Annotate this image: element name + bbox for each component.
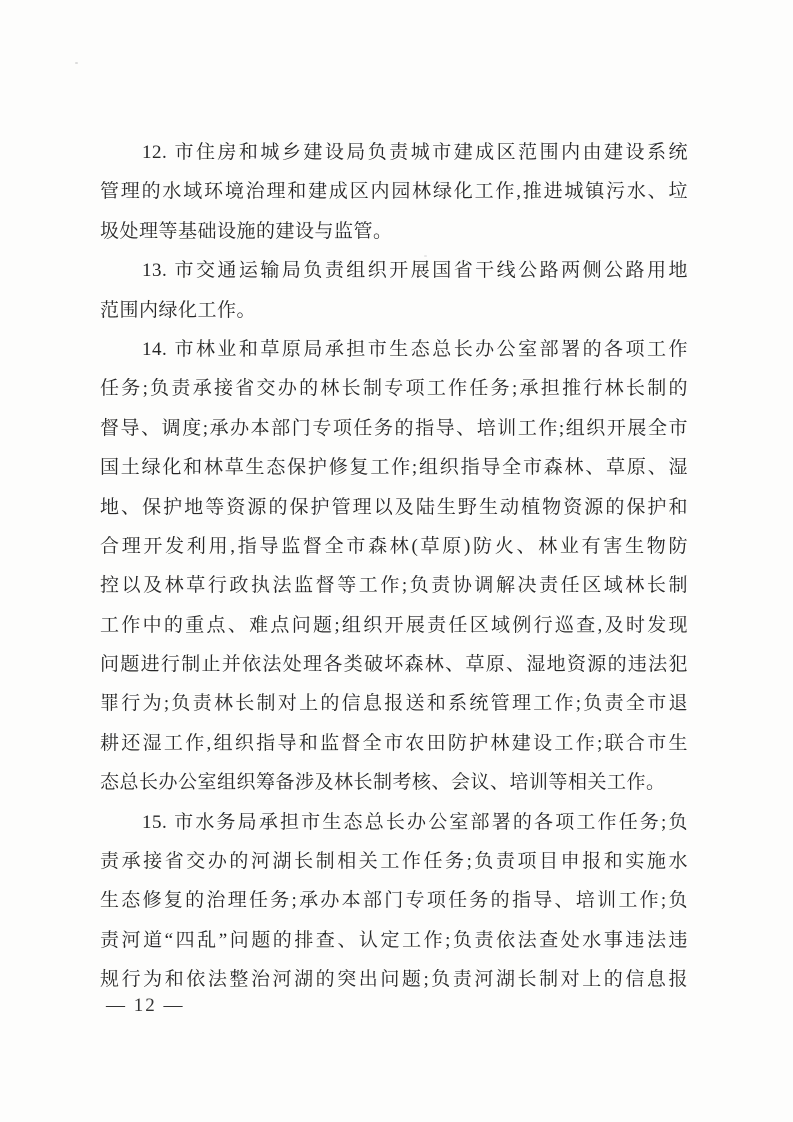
text-line: 罪行为;负责林长制对上的信息报送和系统管理工作;负责全市退: [100, 684, 688, 723]
text-line: 管理的水域环境治理和建成区内园林绿化工作,推进城镇污水、垃: [100, 172, 688, 211]
text-line: 规行为和依法整治河湖的突出问题;负责河湖长制对上的信息报: [100, 960, 688, 999]
text-line: 生态修复的治理任务;承办本部门专项任务的指导、培训工作;负: [100, 881, 688, 920]
document-page: 12. 市住房和城乡建设局负责城市建成区范围内由建设系统管理的水域环境治理和建成…: [0, 0, 793, 1122]
text-line: 控以及林草行政执法监督等工作;负责协调解决责任区域林长制: [100, 566, 688, 605]
text-line: 范围内绿化工作。: [100, 291, 688, 330]
text-line: 工作中的重点、难点问题;组织开展责任区域例行巡查,及时发现: [100, 606, 688, 645]
text-line: 地、保护地等资源的保护管理以及陆生野生动植物资源的保护和: [100, 488, 688, 527]
text-line: 责承接省交办的河湖长制相关工作任务;负责项目申报和实施水: [100, 842, 688, 881]
text-line: 合理开发利用,指导监督全市森林(草原)防火、林业有害生物防: [100, 527, 688, 566]
text-line: 12. 市住房和城乡建设局负责城市建成区范围内由建设系统: [100, 133, 688, 172]
text-line: 14. 市林业和草原局承担市生态总长办公室部署的各项工作: [100, 330, 688, 369]
document-body: 12. 市住房和城乡建设局负责城市建成区范围内由建设系统管理的水域环境治理和建成…: [100, 133, 688, 1000]
text-line: 问题进行制止并依法处理各类破坏森林、草原、湿地资源的违法犯: [100, 645, 688, 684]
scan-speck: [75, 62, 78, 64]
text-line: 态总长办公室组织筹备涉及林长制考核、会议、培训等相关工作。: [100, 763, 688, 802]
page-number: — 12 —: [106, 991, 185, 1021]
text-line: 15. 市水务局承担市生态总长办公室部署的各项工作任务;负: [100, 803, 688, 842]
text-line: 13. 市交通运输局负责组织开展国省干线公路两侧公路用地: [100, 251, 688, 290]
text-line: 圾处理等基础设施的建设与监管。: [100, 212, 688, 251]
text-line: 任务;负责承接省交办的林长制专项工作任务;承担推行林长制的: [100, 369, 688, 408]
text-line: 耕还湿工作,组织指导和监督全市农田防护林建设工作;联合市生: [100, 724, 688, 763]
text-line: 督导、调度;承办本部门专项任务的指导、培训工作;组织开展全市: [100, 409, 688, 448]
text-line: 国土绿化和林草生态保护修复工作;组织指导全市森林、草原、湿: [100, 448, 688, 487]
text-line: 责河道“四乱”问题的排查、认定工作;负责依法查处水事违法违: [100, 921, 688, 960]
